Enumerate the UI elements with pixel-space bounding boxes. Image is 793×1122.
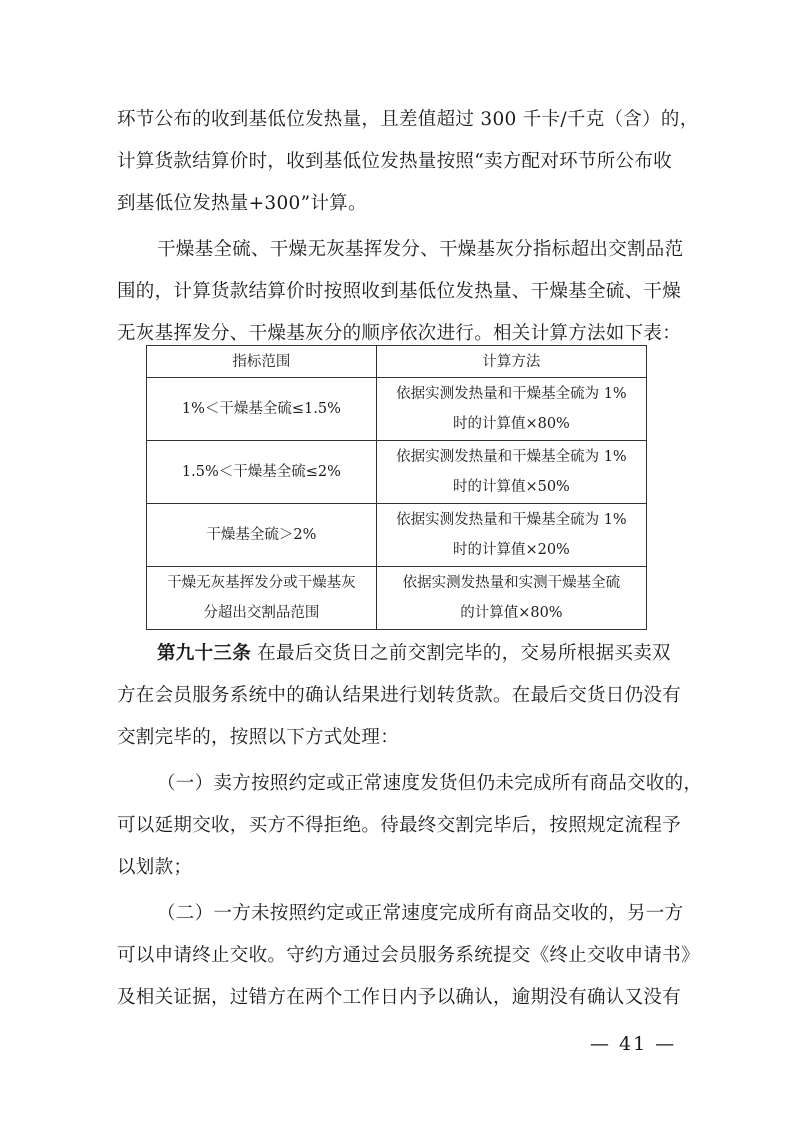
paragraph-line: 围的，计算货款结算价时按照收到基低位发热量、干燥基全硫、干燥	[117, 280, 677, 304]
table-header-row: 指标范围 计算方法	[147, 346, 647, 378]
paragraph-line: 及相关证据，过错方在两个工作日内予以确认，逾期没有确认又没有	[117, 986, 677, 1010]
table-header: 指标范围	[147, 346, 377, 378]
table-cell-method: 依据实测发热量和实测干燥基全硫 的计算值×80%	[376, 567, 646, 630]
paragraph-line: 可以延期交收，买方不得拒绝。待最终交割完毕后，按照规定流程予	[117, 814, 677, 838]
table-cell-method: 依据实测发热量和干燥基全硫为 1% 时的计算值×20%	[376, 504, 646, 567]
table-row: 1%＜干燥基全硫≤1.5% 依据实测发热量和干燥基全硫为 1% 时的计算值×80…	[147, 378, 647, 441]
paragraph-line: 无灰基挥发分、干燥基灰分的顺序依次进行。相关计算方法如下表：	[117, 322, 677, 346]
method-line: 依据实测发热量和干燥基全硫为 1%	[383, 379, 640, 409]
paragraph-line: 方在会员服务系统中的确认结果进行划转货款。在最后交货日仍没有	[117, 684, 677, 708]
paragraph-line: 到基低位发热量+300”计算。	[117, 192, 677, 216]
paragraph-line: 交割完毕的，按照以下方式处理：	[117, 726, 677, 750]
paragraph-line: 以划款；	[117, 856, 677, 880]
method-line: 的计算值×80%	[383, 598, 640, 628]
paragraph-line: （一）卖方按照约定或正常速度发货但仍未完成所有商品交收的，	[157, 772, 677, 796]
method-line: 依据实测发热量和实测干燥基全硫	[383, 568, 640, 598]
method-line: 时的计算值×50%	[383, 472, 640, 502]
method-line: 依据实测发热量和干燥基全硫为 1%	[383, 442, 640, 472]
paragraph-line: 可以申请终止交收。守约方通过会员服务系统提交《终止交收申请书》	[117, 944, 677, 968]
paragraph-line: （二）一方未按照约定或正常速度完成所有商品交收的，另一方	[157, 902, 677, 926]
table-cell-method: 依据实测发热量和干燥基全硫为 1% 时的计算值×80%	[376, 378, 646, 441]
paragraph-line: 计算货款结算价时，收到基低位发热量按照“卖方配对环节所公布收	[117, 150, 677, 174]
paragraph-line: 环节公布的收到基低位发热量，且差值超过 300 千卡/千克（含）的，	[117, 108, 677, 132]
table-cell-method: 依据实测发热量和干燥基全硫为 1% 时的计算值×50%	[376, 441, 646, 504]
table-cell-range: 干燥基全硫＞2%	[147, 504, 377, 567]
table-row: 干燥基全硫＞2% 依据实测发热量和干燥基全硫为 1% 时的计算值×20%	[147, 504, 647, 567]
method-line: 时的计算值×20%	[383, 535, 640, 565]
article-93-line: 第九十三条 在最后交货日之前交割完毕的，交易所根据买卖双	[157, 642, 677, 666]
paragraph-line: 干燥基全硫、干燥无灰基挥发分、干燥基灰分指标超出交割品范	[157, 238, 677, 262]
table-cell-range: 1.5%＜干燥基全硫≤2%	[147, 441, 377, 504]
table-cell-range: 干燥无灰基挥发分或干燥基灰 分超出交割品范围	[147, 567, 377, 630]
range-line: 干燥无灰基挥发分或干燥基灰	[153, 568, 370, 598]
table-row: 1.5%＜干燥基全硫≤2% 依据实测发热量和干燥基全硫为 1% 时的计算值×50…	[147, 441, 647, 504]
table-header: 计算方法	[376, 346, 646, 378]
sulfur-calculation-table: 指标范围 计算方法 1%＜干燥基全硫≤1.5% 依据实测发热量和干燥基全硫为 1…	[146, 345, 647, 630]
page-number: — 41 —	[590, 1033, 676, 1055]
range-line: 分超出交割品范围	[153, 598, 370, 628]
table-row: 干燥无灰基挥发分或干燥基灰 分超出交割品范围 依据实测发热量和实测干燥基全硫 的…	[147, 567, 647, 630]
article-heading: 第九十三条	[157, 643, 251, 664]
article-text: 在最后交货日之前交割完毕的，交易所根据买卖双	[257, 643, 671, 664]
table-cell-range: 1%＜干燥基全硫≤1.5%	[147, 378, 377, 441]
method-line: 时的计算值×80%	[383, 409, 640, 439]
method-line: 依据实测发热量和干燥基全硫为 1%	[383, 505, 640, 535]
